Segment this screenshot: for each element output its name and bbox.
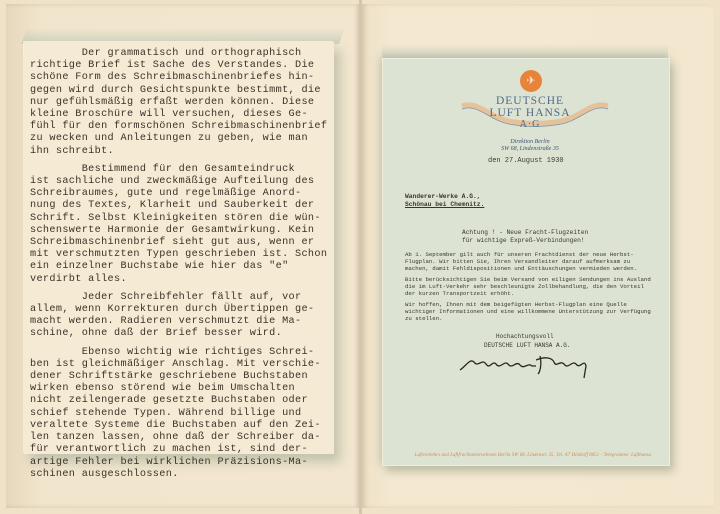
letter-subject: Achtung ! - Neue Fracht-Flugzeiten für w…: [462, 229, 588, 245]
recipient-line-2: Schönau bei Chemnitz.: [405, 201, 484, 209]
text-line: Ebenso wichtig wie richtiges Schrei-: [30, 347, 330, 359]
brand-name: DEUTSCHE LUFT HANSA A·G: [470, 95, 590, 131]
text-line: wirken ebenso störend wie beim Umschalte…: [30, 383, 330, 395]
subject-line-1: Achtung ! - Neue Fracht-Flugzeiten: [462, 229, 588, 237]
body-paragraph: Bitte berücksichtigen Sie beim Versand v…: [405, 276, 651, 297]
text-line: richtige Brief ist Sache des Verstandes.…: [30, 60, 330, 72]
body-paragraph: Wir hoffen, Ihnen mit dem beigefügten He…: [405, 301, 651, 322]
recipient-line-1: Wanderer-Werke A.G.,: [405, 193, 484, 201]
text-line: ihn schreibt.: [30, 146, 330, 158]
text-line: artige Fehler bei wirklichen Präzisions-…: [30, 457, 330, 469]
text-line: kleine Broschüre will versuchen, dieses …: [30, 109, 330, 121]
text-line: nung des Textes, Klarheit und Sauberkeit…: [30, 200, 330, 212]
open-booklet: Der grammatisch und orthographisch richt…: [0, 0, 720, 514]
office-line-1: Direktion Berlin: [470, 139, 590, 146]
text-line: gegen wird durch Gesichtspunkte bestimmt…: [30, 85, 330, 97]
text-line: ein einzelner Buchstabe wie hier das "e": [30, 261, 330, 273]
letter-closing: Hochachtungsvoll: [496, 333, 554, 340]
text-line: Schreibmaschinenbrief sieht gut aus, wen…: [30, 237, 330, 249]
text-line: Bestimmend für den Gesamteindruck: [30, 164, 330, 176]
text-line: Jeder Schreibfehler fällt auf, vor: [30, 292, 330, 304]
text-line: len tanzen lassen, ohne daß der Schreibe…: [30, 432, 330, 444]
letter-date: den 27.August 1930: [488, 157, 564, 165]
recipient-address: Wanderer-Werke A.G., Schönau bei Chemnit…: [405, 193, 484, 209]
text-line: Schreibraumes, gute und regelmäßige Anor…: [30, 188, 330, 200]
text-line: nicht zeilengerade gesetzte Buchstaben o…: [30, 395, 330, 407]
crane-bird-icon: ✈: [520, 70, 542, 92]
text-line: Schrift. Selbst Kleinigkeiten stören die…: [30, 213, 330, 225]
office-line-2: SW 68, Lindenstraße 35: [470, 146, 590, 153]
text-line: mit verschmutzten Typen geschrieben ist.…: [30, 249, 330, 261]
text-line: ist sachliche und zweckmäßige Aufteilung…: [30, 176, 330, 188]
left-typed-text: Der grammatisch und orthographisch richt…: [30, 48, 330, 481]
text-line: fühl für den formschönen Schreibmaschine…: [30, 121, 330, 133]
text-line: schine, ohne daß der Brief besser wird.: [30, 328, 330, 340]
text-line: veraltete Systeme die Buchstaben auf den…: [30, 420, 330, 432]
brand-line-1: DEUTSCHE: [470, 95, 590, 107]
text-line: nur gefühlsmäßig erfaßt werden können. D…: [30, 97, 330, 109]
text-line: schief stehende Typen. Während billige u…: [30, 408, 330, 420]
brand-line-3: A·G: [470, 119, 590, 131]
book-gutter: [359, 0, 362, 514]
office-address: Direktion Berlin SW 68, Lindenstraße 35: [470, 139, 590, 153]
text-line: verdirbt alles.: [30, 274, 330, 286]
body-paragraph: Ab 1. September gilt auch für unseren Fr…: [405, 251, 651, 272]
text-line: allem, wenn Korrekturen durch Übertippen…: [30, 304, 330, 316]
text-line: schöne Form des Schreibmaschinenbriefes …: [30, 72, 330, 84]
brand-line-2: LUFT HANSA: [470, 107, 590, 119]
text-line: ben ist gleichmäßiger Anschlag. Mit vers…: [30, 359, 330, 371]
text-line: Der grammatisch und orthographisch: [30, 48, 330, 60]
text-line: zu wecken und Anleitungen zu geben, wie …: [30, 133, 330, 145]
text-line: macht werden. Radieren verschmutzt die M…: [30, 316, 330, 328]
text-line: dener Schriftstärke geschriebene Buchsta…: [30, 371, 330, 383]
handwritten-signature-icon: [456, 344, 606, 380]
text-line: schenswerte Harmonie der Gesamtwirkung. …: [30, 225, 330, 237]
letter-footer: Luftverkehrs und Luftfrachtunternehmen B…: [398, 453, 668, 458]
subject-line-2: für wichtige Expreß-Verbindungen!: [462, 237, 588, 245]
text-line: schinen ausgeschlossen.: [30, 469, 330, 481]
letter-body: Ab 1. September gilt auch für unseren Fr…: [405, 251, 651, 326]
text-line: für verantwortlich zu machen ist, sind d…: [30, 444, 330, 456]
